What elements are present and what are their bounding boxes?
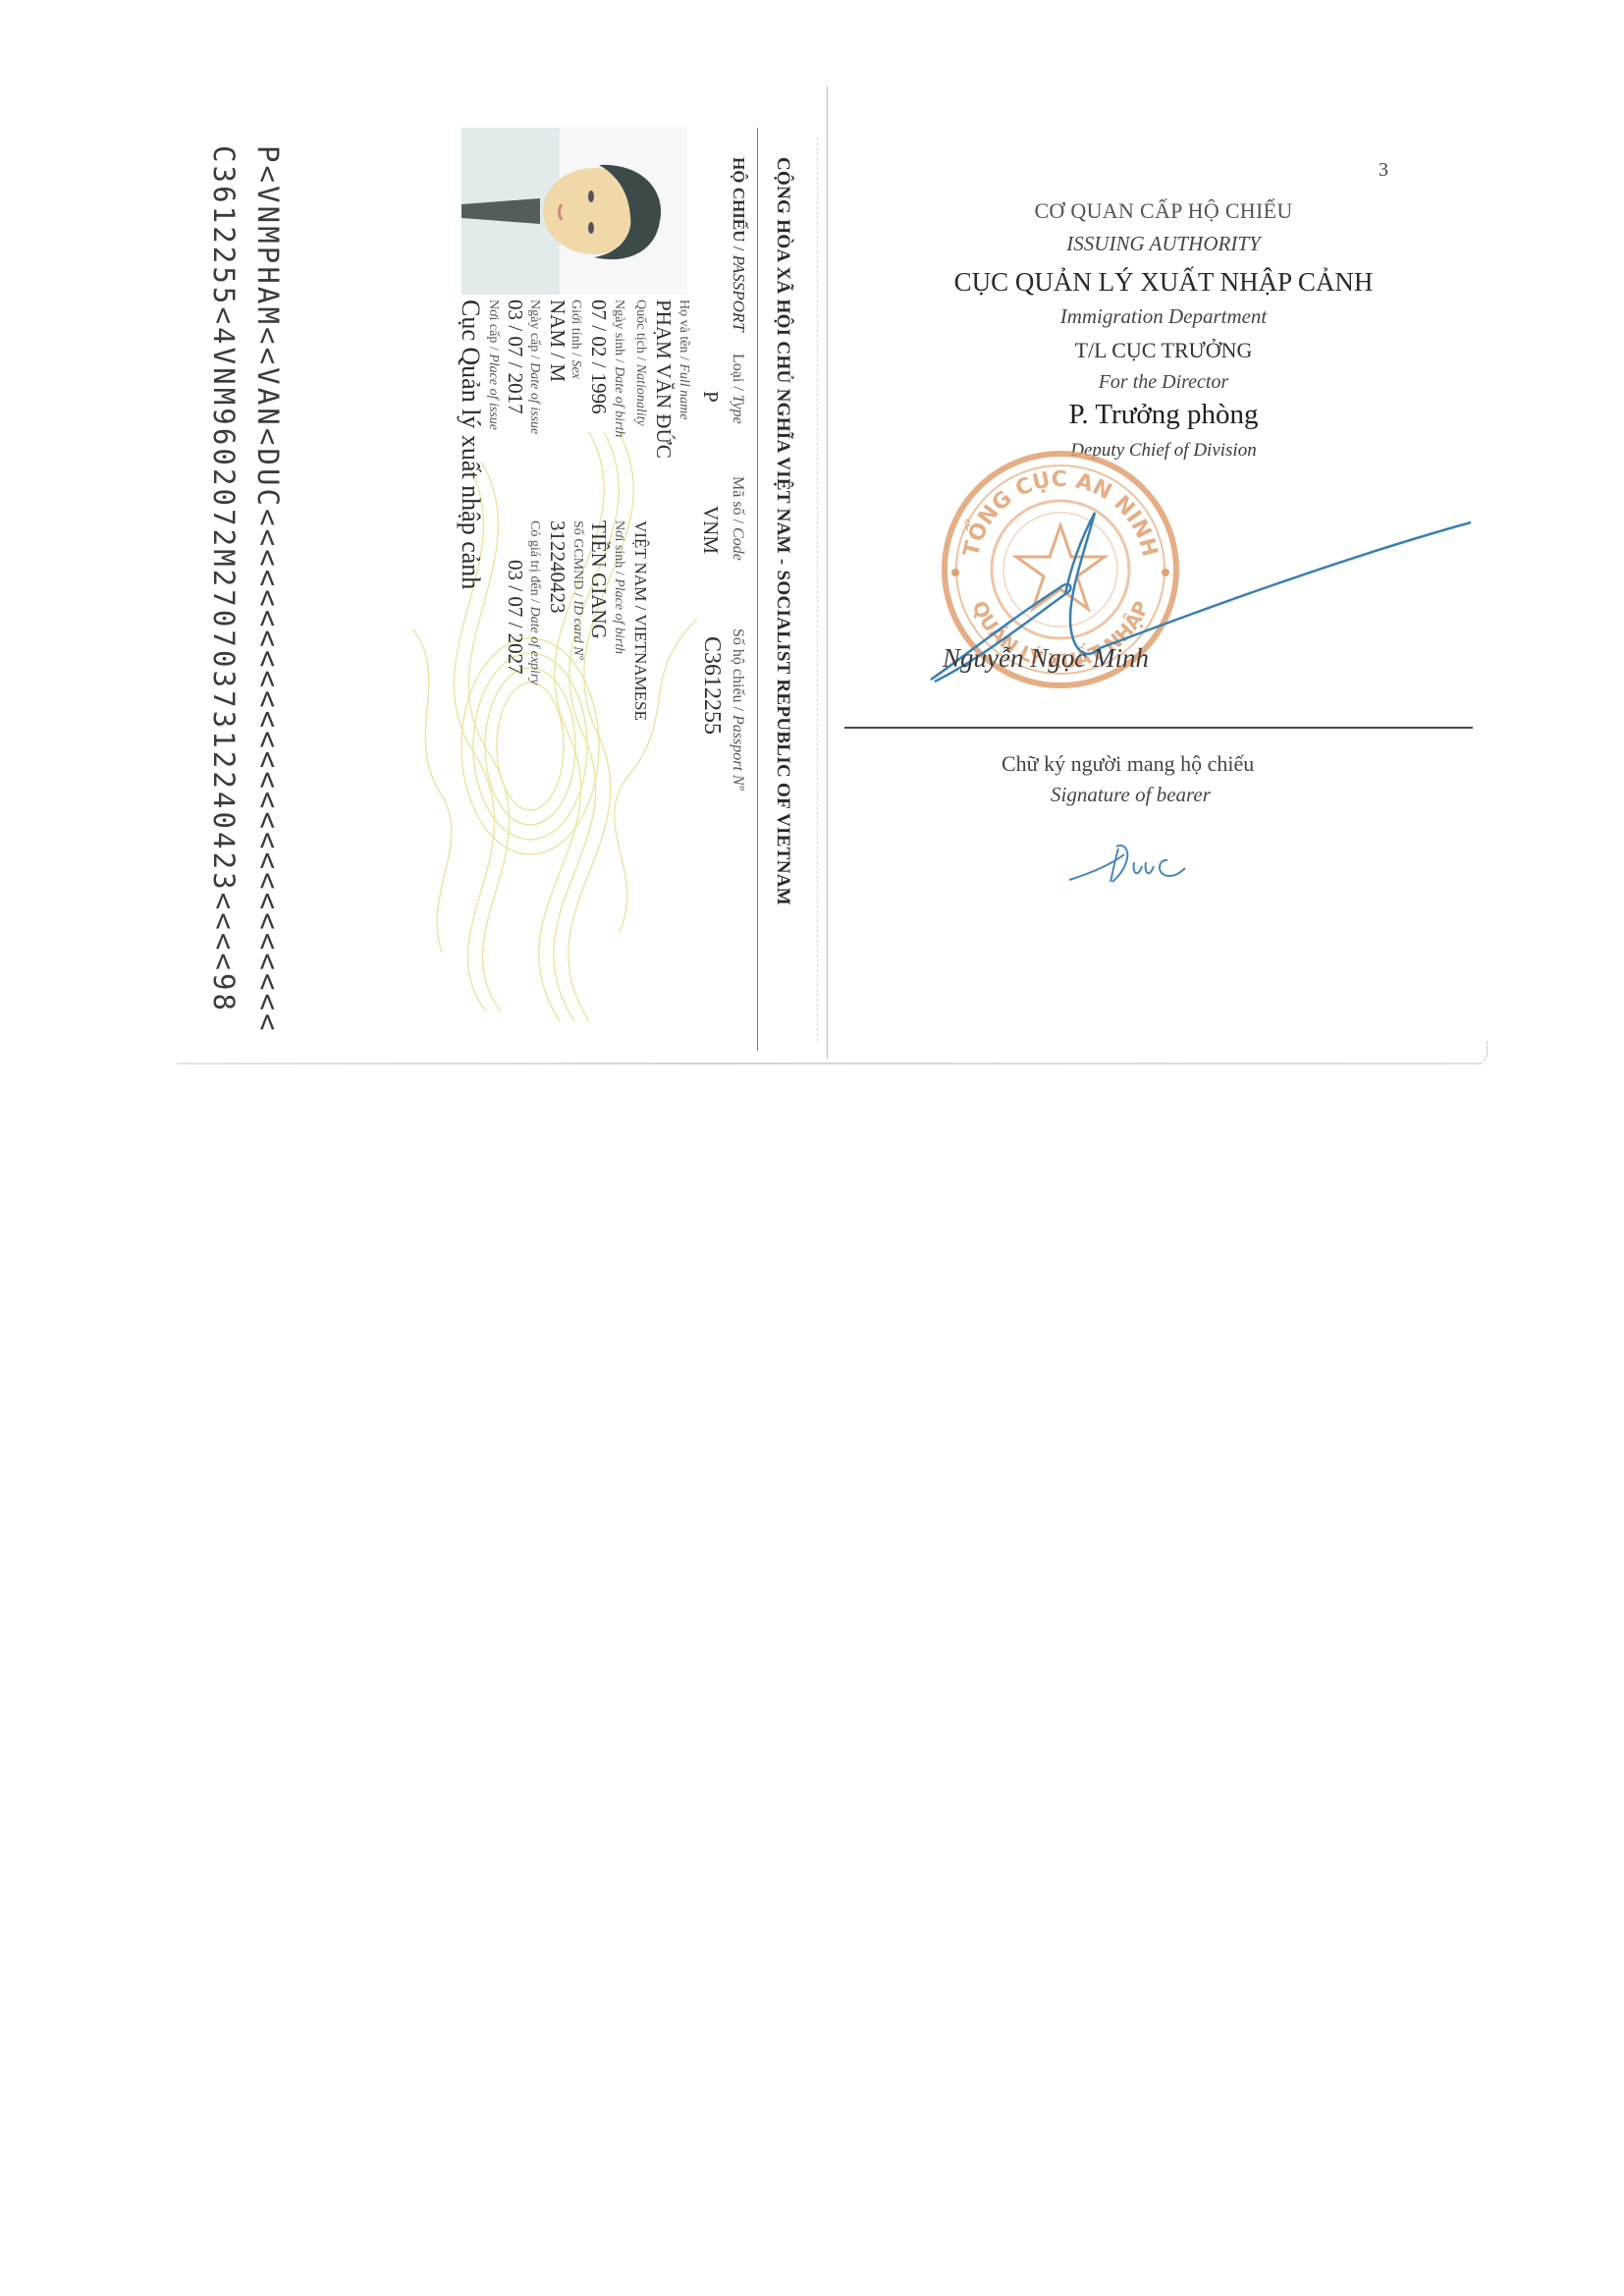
date-of-issue-label: Ngày cấp / Date of issue (526, 300, 542, 434)
country-header: CỘNG HÒA XÃ HỘI CHỦ NGHĨA VIỆT NAM - SOC… (772, 157, 793, 905)
date-of-expiry-value: 03 / 07 / 2027 (503, 560, 527, 675)
portrait-photo-icon (461, 128, 687, 295)
bearer-signature-label-en: Signature of bearer (1051, 783, 1211, 807)
full-name-value: PHẠM VĂN ĐỨC (651, 300, 676, 459)
department-en: Immigration Department (844, 304, 1483, 329)
header-rule (757, 128, 758, 1051)
position-vi: P. Trưởng phòng (844, 399, 1483, 431)
full-name-label: Họ và tên / Full name (676, 300, 691, 419)
sex-label: Giới tính / Sex (568, 300, 583, 379)
passport-data-page: CỘNG HÒA XÃ HỘI CHỦ NGHĨA VIỆT NAM - SOC… (177, 128, 805, 1051)
date-of-expiry-label: Có giá trị đến / Date of expiry (526, 520, 542, 685)
date-of-issue-value: 03 / 07 / 2017 (503, 300, 527, 414)
code-label: Mã số / Code (729, 476, 746, 561)
passport-no-label: Số hộ chiếu / Passport Nº (729, 629, 746, 791)
page-spine (827, 86, 828, 1059)
type-label: Loại / Type (729, 354, 746, 424)
place-of-issue-value: Cục Quản lý xuất nhập cảnh (456, 300, 485, 589)
sex-value: NAM / M (545, 300, 569, 382)
page-fold (817, 137, 819, 1041)
id-card-label: Số GCMND / ID card Nº (569, 520, 585, 660)
bearer-signature (1065, 833, 1193, 892)
doc-title-en: PASSPORT (730, 255, 748, 332)
place-of-birth-label: Nơi sinh / Place of birth (611, 520, 626, 654)
signer-name: Nguyễn Ngọc Minh (943, 643, 1149, 674)
signature-rule (844, 727, 1473, 729)
page-number: 3 (1379, 159, 1388, 182)
code-value: VNM (698, 506, 723, 554)
dob-label: Ngày sinh / Date of birth (611, 300, 626, 437)
mrz-line-1: P<VNMPHAM<<VAN<DUC<<<<<<<<<<<<<<<<<<<<<<… (251, 145, 285, 1034)
scan-edge (177, 1063, 1483, 1065)
id-card-value: 312240423 (545, 520, 569, 614)
issuing-authority-label-vi: CƠ QUAN CẤP HỘ CHIẾU (844, 198, 1483, 224)
security-guilloche-pattern (363, 422, 736, 1031)
dob-value: 07 / 02 / 1996 (586, 300, 611, 414)
doc-title-vi: HỘ CHIẾU (730, 157, 748, 242)
for-director-vi: T/L CỤC TRƯỞNG (844, 338, 1483, 363)
place-of-issue-label: Nơi cấp / Place of issue (485, 300, 501, 430)
for-director-en: For the Director (844, 371, 1483, 394)
department-vi: CỤC QUẢN LÝ XUẤT NHẬP CẢNH (844, 267, 1483, 298)
place-of-birth-value: TIỀN GIANG (586, 520, 611, 639)
passport-no-value: C3612255 (698, 636, 725, 735)
nationality-value: VIỆT NAM / VIETNAMESE (630, 520, 650, 721)
page-curl (1473, 1041, 1488, 1065)
issuing-authority-label-en: ISSUING AUTHORITY (844, 232, 1483, 256)
document-title: HỘ CHIẾU / PASSPORT (729, 157, 748, 332)
type-value: P (698, 391, 723, 403)
mrz-line-2: C3612255<4VNM9602072M2707037312240423<<<… (207, 145, 241, 1013)
nationality-label: Quốc tịch / Nationality (632, 300, 648, 426)
bearer-signature-label-vi: Chữ ký người mang hộ chiếu (1001, 751, 1254, 777)
